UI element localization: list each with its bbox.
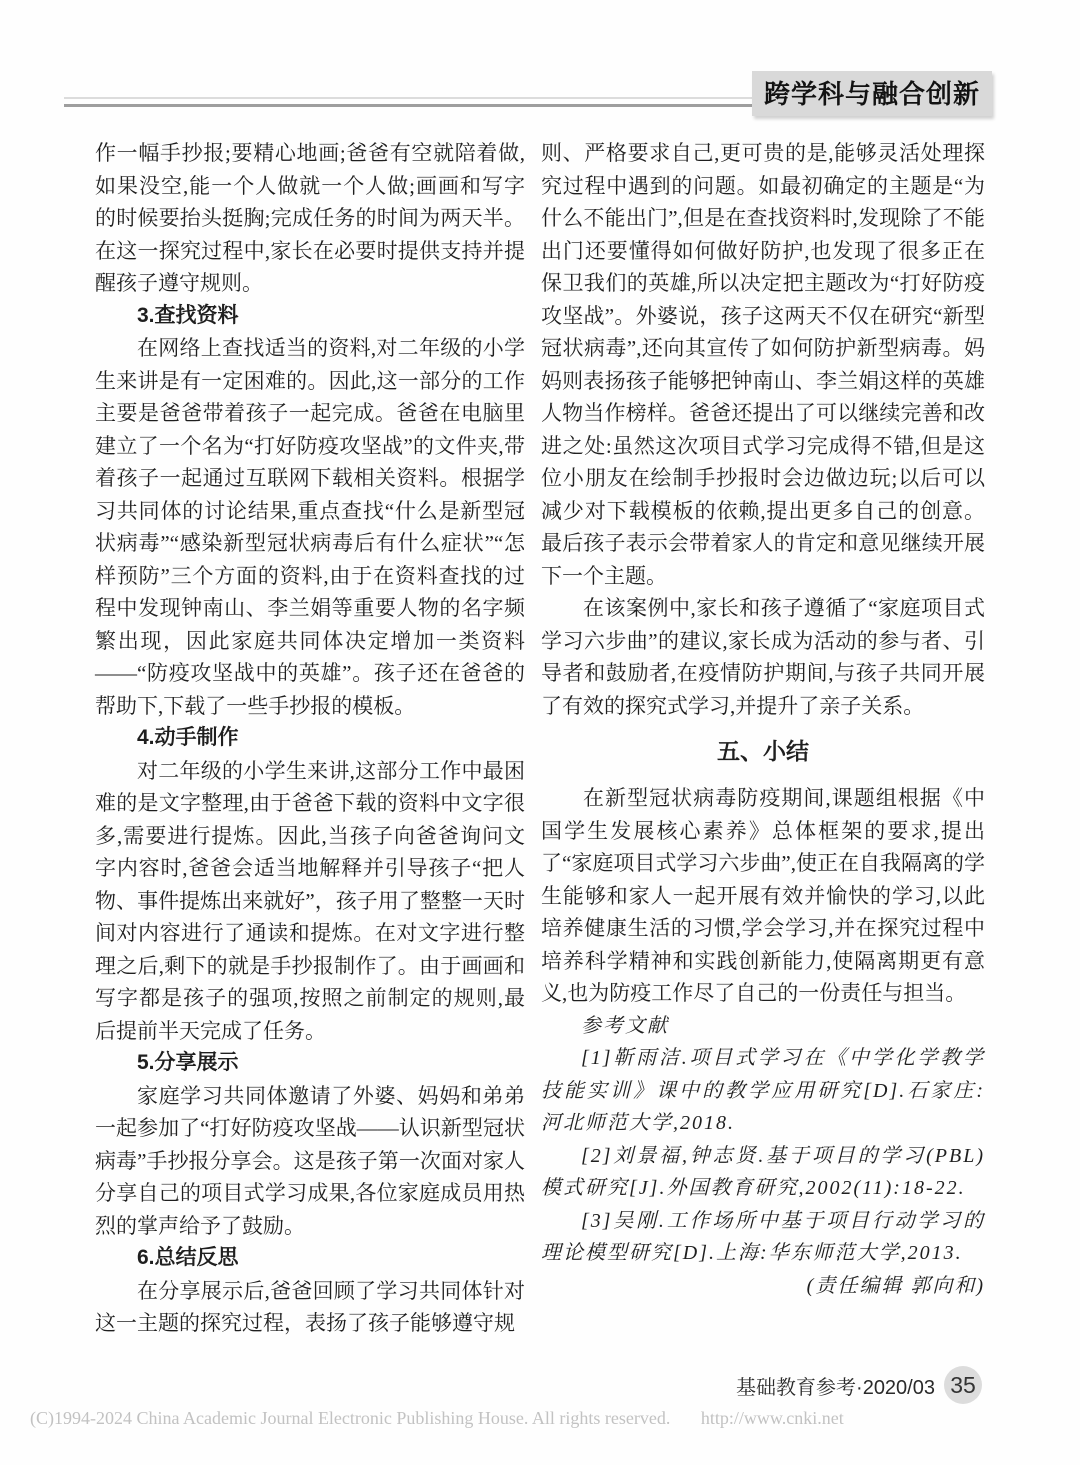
paragraph-step6: 在分享展示后,爸爸回顾了学习共同体针对这一主题的探究过程，表扬了孩子能够遵守规 [95,1275,525,1340]
paragraph-case-summary: 在该案例中,家长和孩子遵循了“家庭项目式学习六步曲”的建议,家长成为活动的参与者… [541,592,985,722]
journal-page: 跨学科与融合创新 作一幅手抄报;要精心地画;爸爸有空就陪着做,如果没空,能一个人… [0,0,1080,1465]
heading-step4: 4.动手制作 [95,722,525,755]
journal-issue-label: 基础教育参考·2020/03 [736,1371,935,1400]
reference-item-2: [2]刘景福,钟志贤.基于项目的学习(PBL)模式研究[J].外国教育研究,20… [541,1140,985,1205]
right-column: 则、严格要求自己,更可贵的是,能够灵活处理探究过程中遇到的问题。如最初确定的主题… [541,137,985,1340]
paragraph-continued: 作一幅手抄报;要精心地画;爸爸有空就陪着做,如果没空,能一个人做就一个人做;画画… [95,137,525,300]
page-number-badge: 35 [944,1366,982,1404]
footer-website: http://www.cnki.net [701,1408,844,1428]
article-body: 作一幅手抄报;要精心地画;爸爸有空就陪着做,如果没空,能一个人做就一个人做;画画… [95,137,985,1340]
paragraph-step5: 家庭学习共同体邀请了外婆、妈妈和弟弟一起参加了“打好防疫攻坚战——认识新型冠状病… [95,1080,525,1243]
section-badge: 跨学科与融合创新 [752,71,992,116]
left-column: 作一幅手抄报;要精心地画;爸爸有空就陪着做,如果没空,能一个人做就一个人做;画画… [95,137,525,1340]
references-title: 参考文献 [541,1010,985,1043]
paragraph-summary: 在新型冠状病毒防疫期间,课题组根据《中国学生发展核心素养》总体框架的要求,提出了… [541,782,985,1010]
reference-item-1: [1]靳雨洁.项目式学习在《中学化学教学技能实训》课中的教学应用研究[D].石家… [541,1042,985,1140]
copyright-text: (C)1994-2024 China Academic Journal Elec… [30,1408,670,1428]
reference-item-3: [3]吴刚.工作场所中基于项目行动学习的理论模型研究[D].上海:华东师范大学,… [541,1205,985,1270]
paragraph-step4: 对二年级的小学生来讲,这部分工作中最困难的是文字整理,由于爸爸下载的资料中文字很… [95,755,525,1048]
heading-summary: 五、小结 [541,736,985,766]
copyright-line: (C)1994-2024 China Academic Journal Elec… [30,1408,1060,1429]
heading-step5: 5.分享展示 [95,1047,525,1080]
heading-step6: 6.总结反思 [95,1242,525,1275]
heading-step3: 3.查找资料 [95,300,525,333]
editor-note: (责任编辑 郭向和) [541,1270,985,1303]
paragraph-continued: 则、严格要求自己,更可贵的是,能够灵活处理探究过程中遇到的问题。如最初确定的主题… [541,137,985,592]
paragraph-step3: 在网络上查找适当的资料,对二年级的小学生来讲是有一定困难的。因此,这一部分的工作… [95,332,525,722]
footer-journal-line: 基础教育参考·2020/03 35 [736,1366,982,1404]
